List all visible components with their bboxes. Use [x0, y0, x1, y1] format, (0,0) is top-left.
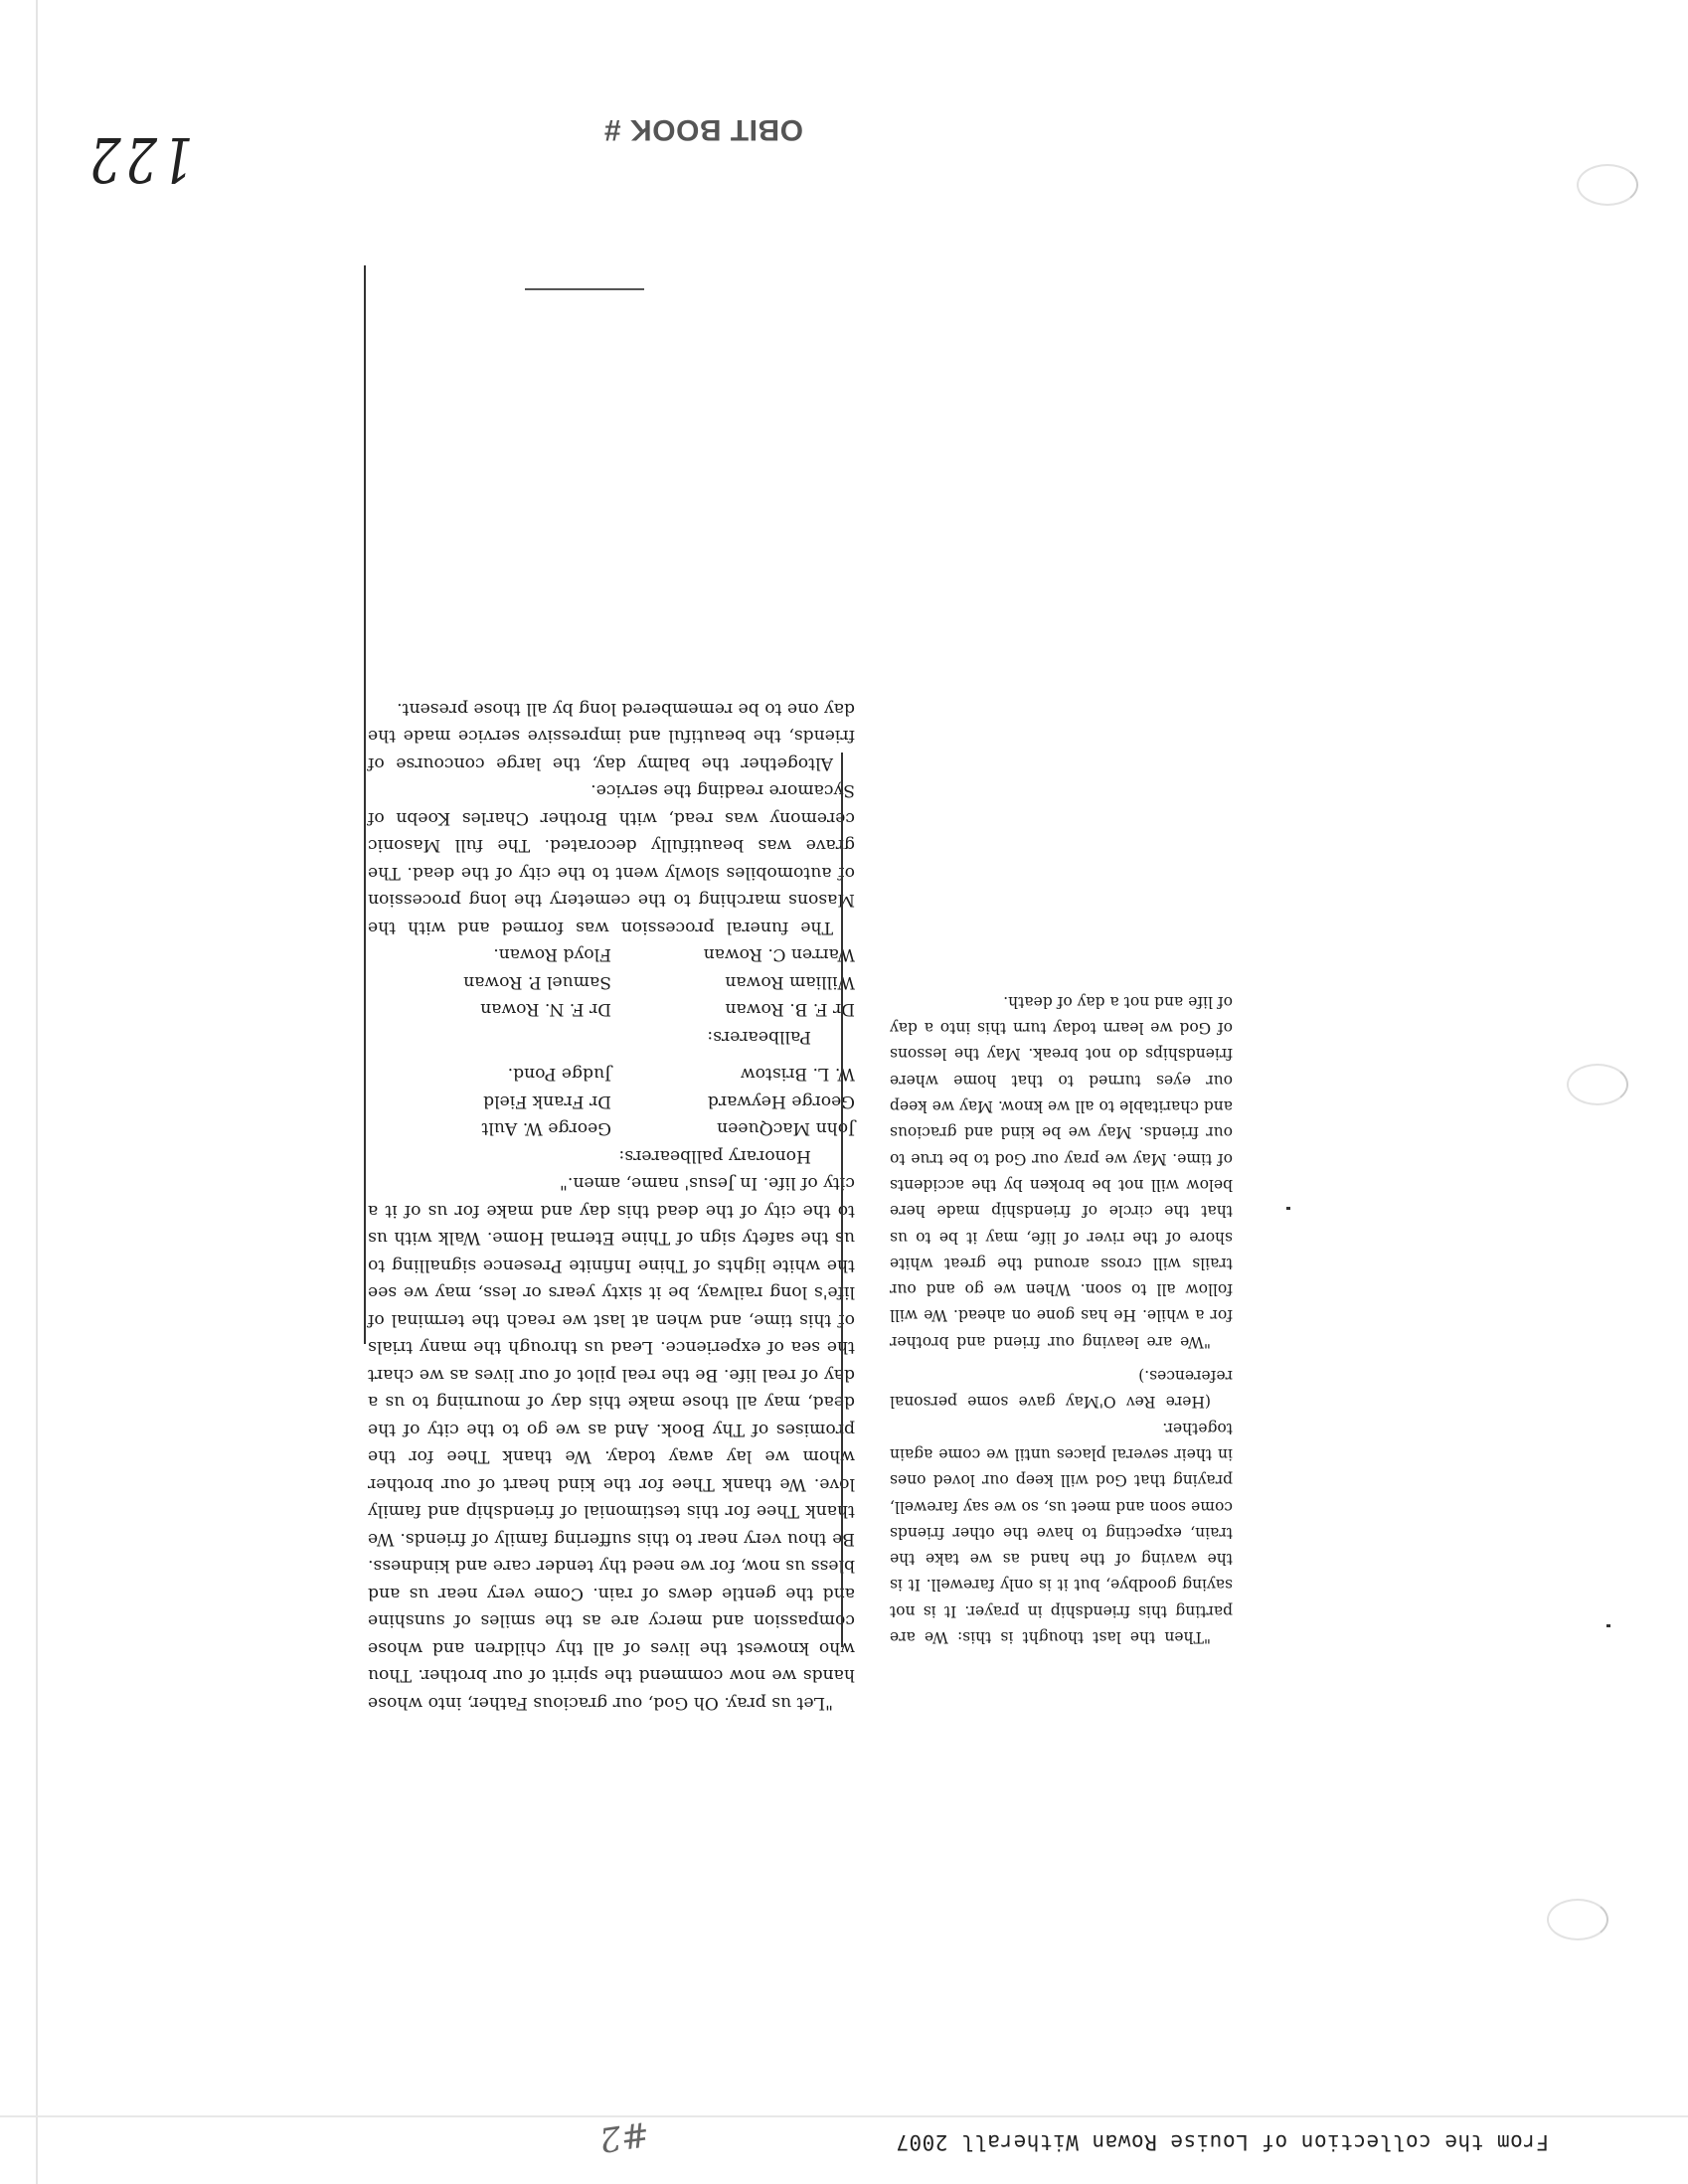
hole-punch-icon [1567, 1064, 1628, 1105]
pallbearer-name: Dr F. N. Rowan [368, 995, 611, 1023]
leaving-friend-paragraph: "We are leaving our friend and brother f… [890, 989, 1233, 1355]
closing-paragraph: Altogether the balmy day, the large conc… [368, 695, 855, 777]
main-clipping: "Let us pray. Oh God, our gracious Fathe… [368, 695, 855, 1717]
scan-speck [1286, 1207, 1290, 1210]
pallbearer-name: W. L. Bristow [611, 1060, 855, 1088]
pallbearer-name: George W. Ault [368, 1114, 611, 1142]
honorary-pallbearers-row: John MacQueen George W. Ault [368, 1114, 855, 1142]
pallbearer-name: Warren C. Rowan [611, 940, 855, 968]
pallbearers-heading: Pallbearers: [368, 1023, 855, 1051]
end-rule [525, 289, 644, 291]
honorary-pallbearers-heading: Honorary pallbearers: [368, 1142, 855, 1170]
hole-punch-icon [1577, 164, 1638, 206]
personal-references-note: (Here Rev O'May gave some personal refer… [890, 1363, 1233, 1416]
pallbearer-name: George Heyward [611, 1088, 855, 1115]
prayer-paragraph: "Let us pray. Oh God, our gracious Fathe… [368, 1169, 855, 1716]
honorary-pallbearers-row: George Heyward Dr Frank Field [368, 1088, 855, 1115]
pallbearer-name: John MacQueen [611, 1114, 855, 1142]
handwritten-mark: #2 [596, 2113, 651, 2160]
scanned-page: From the collection of Louise Rowan With… [0, 0, 1688, 2184]
scan-speck [1606, 1624, 1610, 1627]
pallbearer-name: Dr F. B. Rowan [611, 995, 855, 1023]
collection-footer: From the collection of Louise Rowan With… [896, 2130, 1549, 2154]
hole-punch-icon [1547, 1899, 1608, 1940]
pallbearer-name: Dr Frank Field [368, 1088, 611, 1115]
second-clipping: "Then the last thought is this: We are p… [890, 989, 1233, 1650]
honorary-pallbearers-row: W. L. Bristow Judge Pond. [368, 1060, 855, 1088]
pallbearers-row: William Rowan Samuel P. Rowan [368, 968, 855, 996]
column-rule [365, 265, 367, 1344]
last-thought-paragraph: "Then the last thought is this: We are p… [890, 1415, 1233, 1650]
handwritten-page-number: 122 [84, 123, 193, 196]
pallbearer-name: Floyd Rowan. [368, 940, 611, 968]
pallbearer-name: Judge Pond. [368, 1060, 611, 1088]
pallbearers-row: Dr F. B. Rowan Dr F. N. Rowan [368, 995, 855, 1023]
pallbearer-name: Samuel P. Rowan [368, 968, 611, 996]
scan-edge-line [36, 0, 38, 2184]
column-rule [842, 753, 844, 1647]
scan-edge-line [0, 2115, 1688, 2117]
obit-book-stamp: OBIT BOOK # [603, 112, 803, 146]
pallbearers-row: Warren C. Rowan Floyd Rowan. [368, 940, 855, 968]
procession-paragraph: The funeral procession was formed and wi… [368, 776, 855, 940]
pallbearer-name: William Rowan [611, 968, 855, 996]
